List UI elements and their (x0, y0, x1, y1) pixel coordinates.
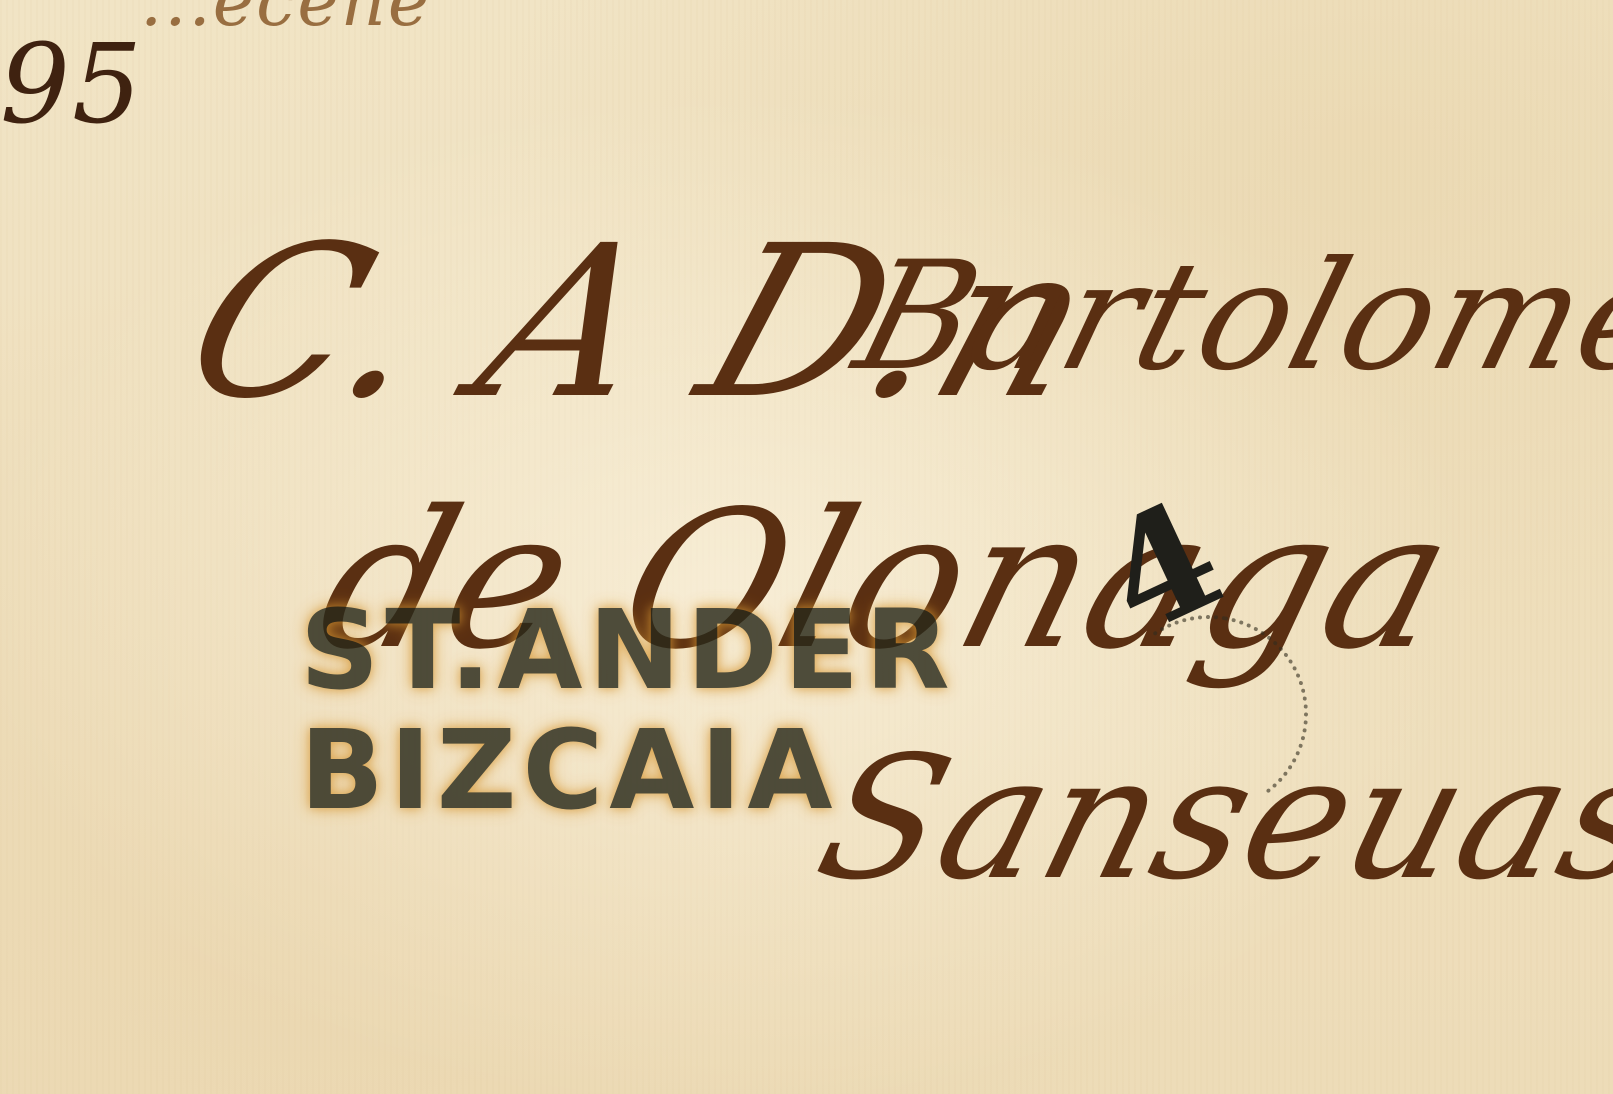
corner-year: 95 (0, 20, 144, 148)
postmark-line-1: ST.ANDER (300, 590, 956, 710)
letter-cover: ...ecene 95 C. A D.n Bartolome de Olonag… (0, 0, 1613, 1094)
address-name: Bartolome (840, 230, 1613, 404)
corner-note: ...ecene (140, 0, 431, 42)
postmark-line-2: BIZCAIA (300, 710, 956, 830)
postmark-stamp: ST.ANDER BIZCAIA (300, 590, 956, 830)
